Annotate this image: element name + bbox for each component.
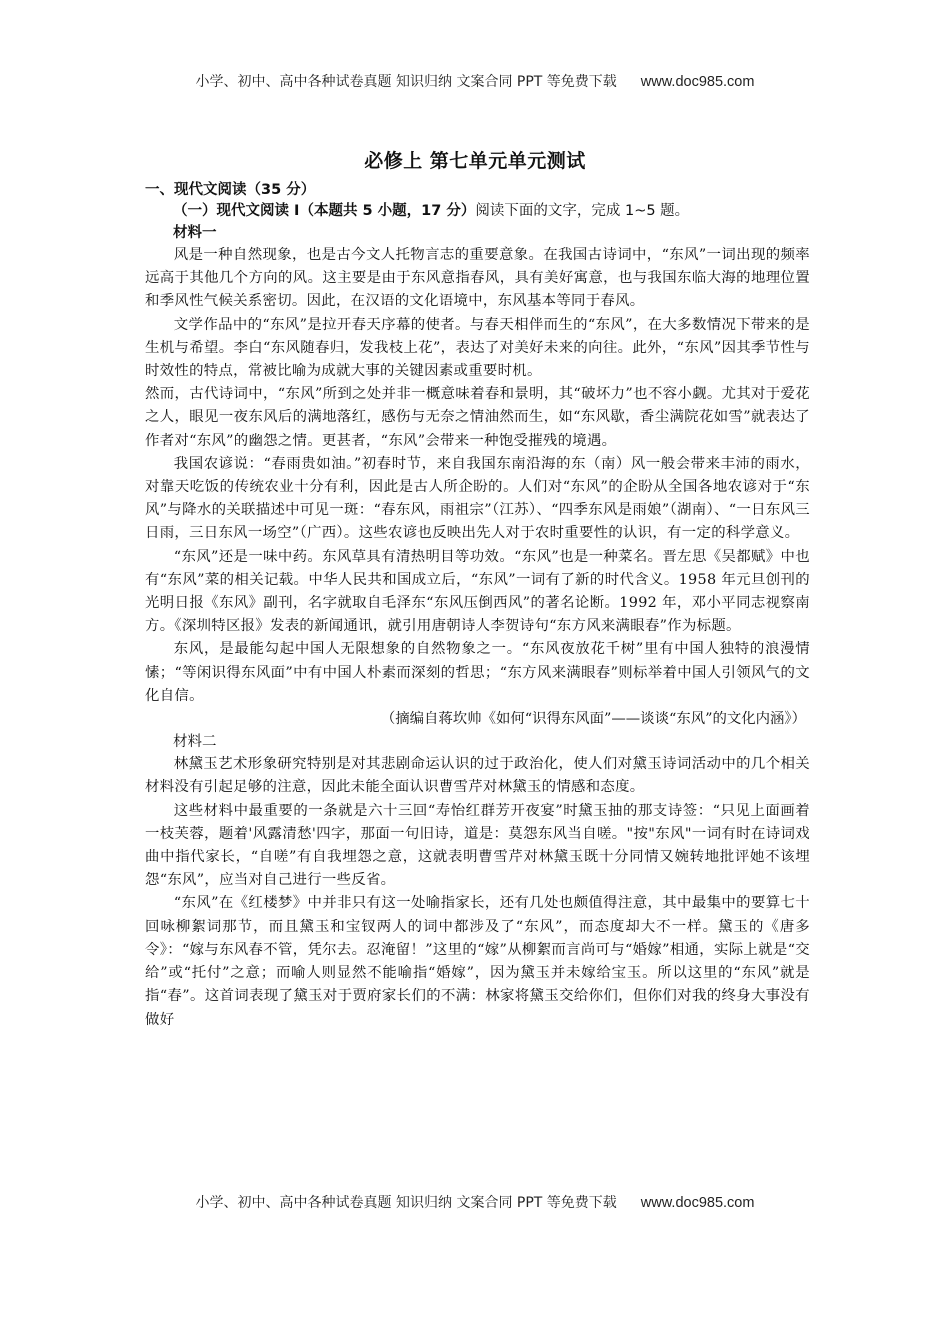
header-site-link[interactable]: www.doc985.com [641, 74, 755, 90]
paragraph: 我国农谚说：“春雨贵如油。”初春时节，来自我国东南沿海的东（南）风一般会带来丰沛… [145, 453, 810, 546]
material1-source: （摘编自蒋坎帅《如何“识得东风面”——谈谈“东风”的文化内涵》） [145, 708, 810, 731]
footer-text: 小学、初中、高中各种试卷真题 知识归纳 文案合同 PPT 等免费下载 [196, 1195, 617, 1211]
section-heading: 一、现代文阅读（35 分） [145, 180, 810, 200]
document-body: 一、现代文阅读（35 分） （一）现代文阅读 I（本题共 5 小题，17 分）阅… [145, 180, 810, 1032]
paragraph: 文学作品中的“东风”是拉开春天序幕的使者。与春天相伴而生的“东风”，在大多数情况… [145, 314, 810, 384]
paragraph: 风是一种自然现象，也是古今文人托物言志的重要意象。在我国古诗词中，“东风”一词出… [145, 244, 810, 314]
document-title: 必修上 第七单元单元测试 [0, 146, 950, 173]
paragraph: “东风”还是一味中药。东风草具有清热明目等功效。“东风”也是一种菜名。晋左思《吴… [145, 546, 810, 639]
page-footer: 小学、初中、高中各种试卷真题 知识归纳 文案合同 PPT 等免费下载www.do… [0, 1192, 950, 1212]
subsection-instruction: 阅读下面的文字，完成 1~5 题。 [475, 203, 689, 219]
paragraph: 林黛玉艺术形象研究特别是对其悲剧命运认识的过于政治化，使人们对黛玉诗词活动中的几… [145, 753, 810, 799]
header-text: 小学、初中、高中各种试卷真题 知识归纳 文案合同 PPT 等免费下载 [196, 74, 617, 90]
material1-label: 材料一 [145, 222, 810, 244]
paragraph: “东风”在《红楼梦》中并非只有这一处喻指家长，还有几处也颇值得注意，其中最集中的… [145, 892, 810, 1031]
footer-site-link[interactable]: www.doc985.com [641, 1195, 755, 1211]
subsection-heading: （一）现代文阅读 I（本题共 5 小题，17 分）阅读下面的文字，完成 1~5 … [145, 200, 810, 222]
page-header: 小学、初中、高中各种试卷真题 知识归纳 文案合同 PPT 等免费下载www.do… [0, 71, 950, 91]
material2-label: 材料二 [145, 731, 810, 753]
document-page: 小学、初中、高中各种试卷真题 知识归纳 文案合同 PPT 等免费下载www.do… [0, 0, 950, 1344]
paragraph: 这些材料中最重要的一条就是六十三回“寿怡红群芳开夜宴”时黛玉抽的那支诗签：“只见… [145, 800, 810, 893]
subsection-title: （一）现代文阅读 I（本题共 5 小题，17 分） [173, 203, 475, 219]
paragraph: 东风，是最能勾起中国人无限想象的自然物象之一。“东风夜放花千树”里有中国人独特的… [145, 638, 810, 708]
paragraph: 然而，古代诗词中，“东风”所到之处并非一概意味着春和景明，其“破坏力”也不容小觑… [145, 383, 810, 453]
